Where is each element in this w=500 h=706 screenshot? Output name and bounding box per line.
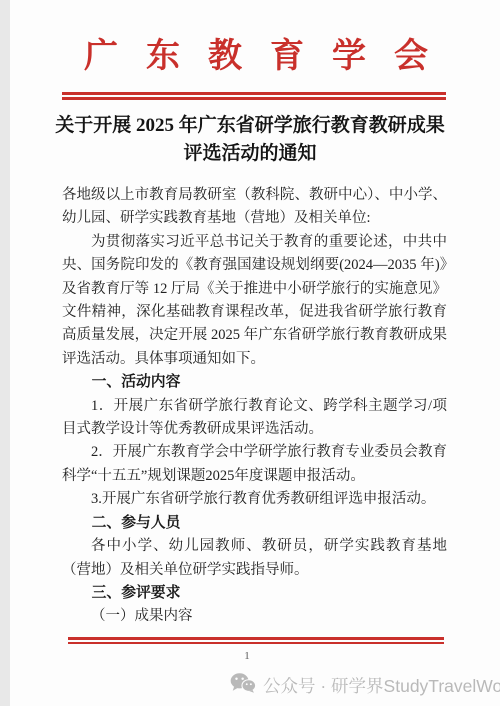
- section3-subheading: （一）成果内容: [62, 605, 447, 628]
- section3-heading: 三、参评要求: [62, 582, 447, 605]
- section2-text: 各中小学、幼儿园教师、教研员，研学实践教育基地（营地）及相关单位研学实践指导师。: [62, 535, 447, 582]
- section1-item1: 1．开展广东省研学旅行教育论文、跨学科主题学习/项目式教学设计等优秀教研成果评选…: [62, 395, 447, 442]
- salutation-paragraph: 各地级以上市教育局教研室（教科院、教研中心）、中小学、幼儿园、研学实践教育基地（…: [62, 184, 447, 231]
- section1-item3: 3.开展广东省研学旅行教育优秀教研组评选申报活动。: [62, 488, 447, 511]
- society-name-header: 广东教育学会: [56, 28, 448, 77]
- section1-item2: 2．开展广东教育学会中学研学旅行教育专业委员会教育科学“十五五”规划课题2025…: [62, 441, 447, 488]
- notice-title-line1: 关于开展 2025 年广东省研学旅行教育教研成果: [30, 112, 470, 140]
- section1-heading: 一、活动内容: [62, 371, 447, 394]
- scan-edge-strip: [0, 0, 10, 706]
- section2-heading: 二、参与人员: [62, 512, 447, 535]
- footer-double-rule: [68, 637, 444, 644]
- header-double-rule: [62, 92, 446, 100]
- intro-paragraph: 为贯彻落实习近平总书记关于教育的重要论述，中共中央、国务院印发的《教育强国建设规…: [62, 231, 447, 371]
- watermark: 公众号 · 研学界StudyTravelWorld: [230, 672, 500, 698]
- notice-title: 关于开展 2025 年广东省研学旅行教育教研成果 评选活动的通知: [30, 112, 470, 168]
- document-page: 广东教育学会 关于开展 2025 年广东省研学旅行教育教研成果 评选活动的通知 …: [0, 0, 500, 706]
- watermark-text: 公众号 · 研学界StudyTravelWorld: [263, 673, 500, 698]
- notice-title-line2: 评选活动的通知: [30, 140, 470, 168]
- page-number: 1: [0, 650, 494, 662]
- wechat-icon: [230, 672, 256, 698]
- document-body: 各地级以上市教育局教研室（教科院、教研中心）、中小学、幼儿园、研学实践教育基地（…: [62, 184, 447, 629]
